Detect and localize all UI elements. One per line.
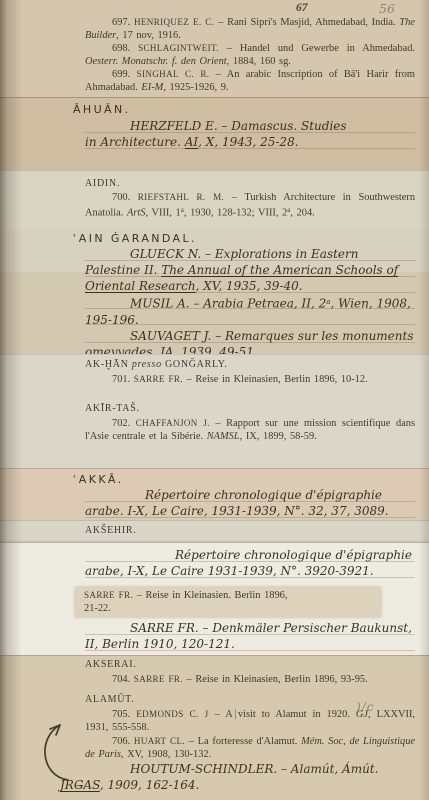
page-number-pencil-note: 56 <box>379 1 395 16</box>
section-header-ahuan: ĀHUĀN. <box>73 103 415 116</box>
section-header-akirtas: AKĪR-TAŠ. <box>85 403 415 414</box>
entry-701: 701. SARRE FR. – Reise in Kleinasien, Be… <box>85 373 415 386</box>
section-aksehir-header: AKŠEHIR. <box>0 520 429 543</box>
entry-700: 700. RIEFSTAHL R. M. – Turkish Architect… <box>85 191 415 220</box>
entry-702: 702. CHAFFANJON J. – Rapport sur une mis… <box>85 417 415 443</box>
entry-698: 698. SCHLAGINTWEIT. – Handel und Gewerbe… <box>85 42 415 68</box>
section-akka: ʿAKKĀ. Répertoire chronologique d'épigra… <box>0 468 429 520</box>
page-number-printed: 67 <box>296 2 308 14</box>
curved-arrow-mark <box>29 716 75 788</box>
section-header-akhan: AK-ḪĀN presso GONĞARLY. <box>85 359 415 370</box>
section-aidin: AIDIN. 700. RIEFSTAHL R. M. – Turkish Ar… <box>0 170 429 230</box>
scanned-bibliography-page: 67 56 697. HENRIQUEZ E. C. – Rani Sipri'… <box>0 0 429 800</box>
entry-699: 699. SINGHAL C. R. – An arabic Inscripti… <box>85 68 415 94</box>
entry-houtum-schindler: HOUTUM-SCHINDLER. – Alamút, Ámút.JRG̶AS,… <box>60 761 415 793</box>
section-header-akka: ʿAKKĀ. <box>73 473 415 486</box>
entry-herzfeld: HERZFELD E. – Damascus. Studiesin Archit… <box>85 118 415 150</box>
section-akserai-alamut: AKSERAI. 704. SARRE FR. – Reise in Klein… <box>0 655 429 800</box>
section-ahuan: ĀHUĀN. HERZFELD E. – Damascus. Studiesin… <box>0 97 429 170</box>
section-ahmedabad-entries: 67 56 697. HENRIQUEZ E. C. – Rani Sipri'… <box>0 0 429 97</box>
section-header-aidin: AIDIN. <box>85 178 415 189</box>
entry-sarre-pasted-strip: SARRE FR. – Reise in Kleinasien. Berlin … <box>75 587 381 617</box>
entry-704: 704. SARRE FR. – Reise in Kleinasien, Be… <box>85 673 415 686</box>
entry-sarre-denkmaler: SARRE FR. – Denkmäler Persischer Baukuns… <box>85 620 415 652</box>
section-header-aksehir: AKŠEHIR. <box>85 525 415 536</box>
section-aksehir-entries: Répertoire chronologique d'épigraphieara… <box>0 543 429 655</box>
section-ain-garandal: ʿAIN ĠARANDAL. GLUECK N. – Explorations … <box>0 230 429 354</box>
entry-697: 697. HENRIQUEZ E. C. – Rani Sipri's Masj… <box>85 16 415 42</box>
section-header-ain-garandal: ʿAIN ĠARANDAL. <box>73 232 415 245</box>
entry-706: 706. HUART CL. – La forteresse d'Alamut.… <box>85 735 415 761</box>
pencil-margin-note: )/c <box>356 700 374 714</box>
section-akhan-akirtas: AK-ḪĀN presso GONĞARLY. 701. SARRE FR. –… <box>0 354 429 468</box>
entry-repertoire-akka: Répertoire chronologique d'épigraphie ar… <box>85 487 415 519</box>
entry-glueck: GLUECK N. – Explorations in Eastern Pale… <box>85 246 415 294</box>
entry-musil: MUSIL A. – Arabia Petraea, II, 2a, Wien,… <box>85 294 415 328</box>
entry-repertoire-aksehir: Répertoire chronologique d'épigraphieara… <box>85 547 415 579</box>
section-header-akserai: AKSERAI. <box>85 659 415 670</box>
